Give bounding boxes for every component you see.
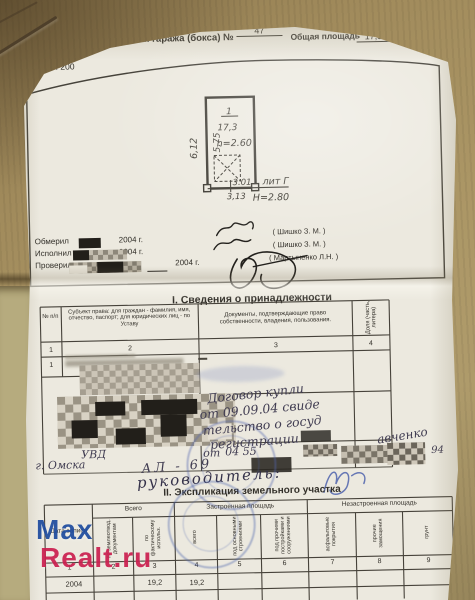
surveyor-label-1: Обмерил bbox=[35, 237, 69, 247]
surveyor-year-3: 2004 г. bbox=[175, 258, 199, 268]
garage-plan-drawing: 6,12 5,75 1 17,3 h=2.60 3.01 3,13 лит Г … bbox=[170, 82, 323, 213]
table2-sub7: прочие замощения bbox=[373, 512, 386, 554]
redaction-mosaic bbox=[69, 261, 141, 274]
handwriting-0455: 04 55 bbox=[225, 445, 257, 459]
table2-num-3: 3 bbox=[153, 563, 157, 570]
table2-num-6: 6 bbox=[283, 560, 287, 567]
table2-sub5: под прочими постройками и сооружениями bbox=[275, 513, 294, 557]
redaction-block bbox=[160, 414, 186, 437]
dim-301: 3.01 bbox=[232, 178, 251, 188]
table2-group1: Всего bbox=[125, 505, 142, 512]
table2-fact-value: 19,2 bbox=[147, 578, 162, 587]
surveyor-label-2: Исполнил bbox=[35, 249, 72, 259]
handwriting-surname-year: 94 bbox=[431, 445, 444, 456]
table1-colnum-4: 4 bbox=[369, 340, 373, 347]
document-paper: М 1 : 200 План гаража (бокса) № 47 Общая… bbox=[0, 0, 475, 600]
redaction-mosaic bbox=[387, 442, 425, 465]
watermark-line2: Realt.ru bbox=[40, 542, 152, 574]
height-280: Н=2.80 bbox=[253, 192, 289, 204]
table1-row-index: 1 bbox=[49, 362, 53, 369]
table2-date-value: 2004 bbox=[65, 579, 82, 588]
room-area: 17,3 bbox=[217, 123, 238, 133]
blurred-mark bbox=[198, 358, 207, 360]
table2-sub8: грунт bbox=[425, 511, 432, 553]
table2-num-8: 8 bbox=[377, 558, 381, 565]
table1-colnum-2: 2 bbox=[128, 345, 132, 352]
table2-num-9: 9 bbox=[426, 557, 430, 564]
surveyor-label-3: Проверил bbox=[35, 261, 72, 271]
redaction-mosaic bbox=[73, 249, 127, 260]
redaction-block bbox=[116, 428, 146, 445]
table1-col4-header: Доля (часть, литера) bbox=[365, 299, 378, 335]
redaction-block bbox=[141, 399, 197, 415]
redaction-light bbox=[69, 265, 87, 273]
redaction-mosaic bbox=[79, 363, 200, 396]
redaction-block bbox=[79, 238, 101, 248]
table1-colnum-3: 3 bbox=[274, 342, 278, 349]
table1-col2-header: Субъект права: для граждан - фамилия, им… bbox=[63, 307, 195, 329]
room-number: 1 bbox=[226, 107, 232, 117]
table2-total-value: 19,2 bbox=[190, 578, 205, 587]
table2-sub6: асфальтовые покрытия bbox=[326, 513, 339, 555]
photo-of-document: { "header": { "scale": "М 1 : 200", "tit… bbox=[0, 0, 475, 600]
blank-underline bbox=[147, 266, 167, 272]
handwriting-city: г. Омска bbox=[35, 458, 85, 472]
dim-313: 3,13 bbox=[227, 192, 246, 202]
dim-outer-612: 6,12 bbox=[189, 138, 200, 159]
table1-colnum-1: 1 bbox=[49, 347, 53, 354]
redaction-block bbox=[71, 420, 97, 439]
redaction-block bbox=[73, 250, 89, 260]
redaction-block bbox=[95, 401, 125, 416]
redaction-mosaic bbox=[303, 444, 337, 457]
redaction-block bbox=[97, 261, 123, 273]
redaction-block bbox=[301, 430, 331, 442]
table2-num-5: 5 bbox=[238, 561, 242, 568]
ceiling-height: h=2.60 bbox=[217, 138, 252, 150]
surveyor-year-1: 2004 г. bbox=[119, 235, 143, 245]
liter-label: лит Г bbox=[261, 176, 289, 188]
table2-num-7: 7 bbox=[330, 559, 334, 566]
table1-col1-header: № п/п bbox=[41, 314, 59, 321]
document-content: М 1 : 200 План гаража (бокса) № 47 Общая… bbox=[0, 0, 475, 600]
